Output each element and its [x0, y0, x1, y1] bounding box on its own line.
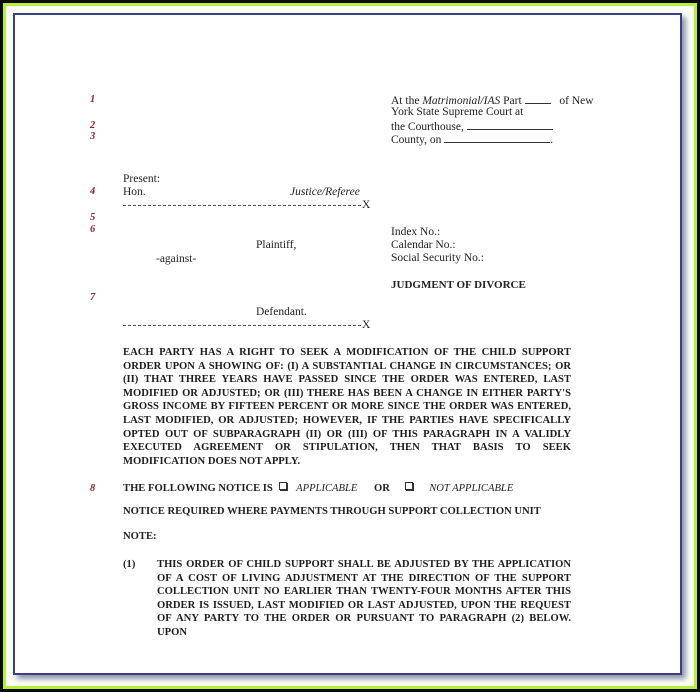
margin-number: 2 [90, 120, 95, 131]
margin-number: 4 [90, 186, 95, 197]
margin-number: 7 [90, 292, 95, 303]
caption-divider-bottom [123, 325, 361, 326]
justice-referee-label: Justice/Referee [290, 186, 360, 198]
not-applicable-checkbox[interactable] [405, 482, 413, 490]
court-header-line-3: the Courthouse, [391, 119, 553, 133]
note-label: NOTE: [123, 531, 157, 543]
courthouse-blank-field [467, 119, 553, 130]
margin-number: 1 [90, 94, 95, 105]
part-blank-field [525, 93, 551, 104]
item-1-text: THIS ORDER OF CHILD SUPPORT SHALL BE ADJ… [157, 558, 571, 640]
court-header-line-1: At the Matrimonial/IAS Part of New [391, 93, 594, 107]
applicable-checkbox[interactable] [279, 482, 287, 490]
applicable-option-label: APPLICABLE [296, 483, 357, 494]
ssn-label: Social Security No.: [391, 252, 484, 264]
date-blank-field [444, 132, 550, 143]
not-applicable-option-label: NOT APPLICABLE [429, 483, 513, 494]
defendant-label: Defendant. [256, 306, 307, 318]
item-1-marker: (1) [123, 559, 135, 571]
index-no-label: Index No.: [391, 226, 440, 238]
margin-number: 6 [90, 224, 95, 235]
notice-required-heading: NOTICE REQUIRED WHERE PAYMENTS THROUGH S… [123, 506, 541, 518]
document-title: JUDGMENT OF DIVORCE [391, 279, 526, 291]
plaintiff-label: Plaintiff, [256, 239, 296, 251]
calendar-no-label: Calendar No.: [391, 239, 456, 251]
margin-number: 3 [90, 131, 95, 142]
present-label: Present: [123, 173, 160, 185]
court-header-line-4: County, on . [391, 132, 553, 146]
against-label: -against- [156, 253, 196, 265]
notice-applicability-line: THE FOLLOWING NOTICE IS APPLICABLE OR NO… [123, 482, 513, 495]
court-header-line-2: York State Supreme Court at [391, 106, 523, 118]
margin-number: 5 [90, 212, 95, 223]
caption-divider-top [123, 205, 361, 206]
hon-label: Hon. [123, 186, 146, 198]
modification-paragraph: EACH PARTY HAS A RIGHT TO SEEK A MODIFIC… [123, 346, 571, 468]
document-page: 1 2 3 4 5 6 7 8 At the Matrimonial/IAS P… [0, 0, 700, 692]
caption-x-mark-top: X [362, 199, 370, 211]
caption-x-mark-bottom: X [362, 319, 370, 331]
margin-number: 8 [90, 483, 95, 494]
